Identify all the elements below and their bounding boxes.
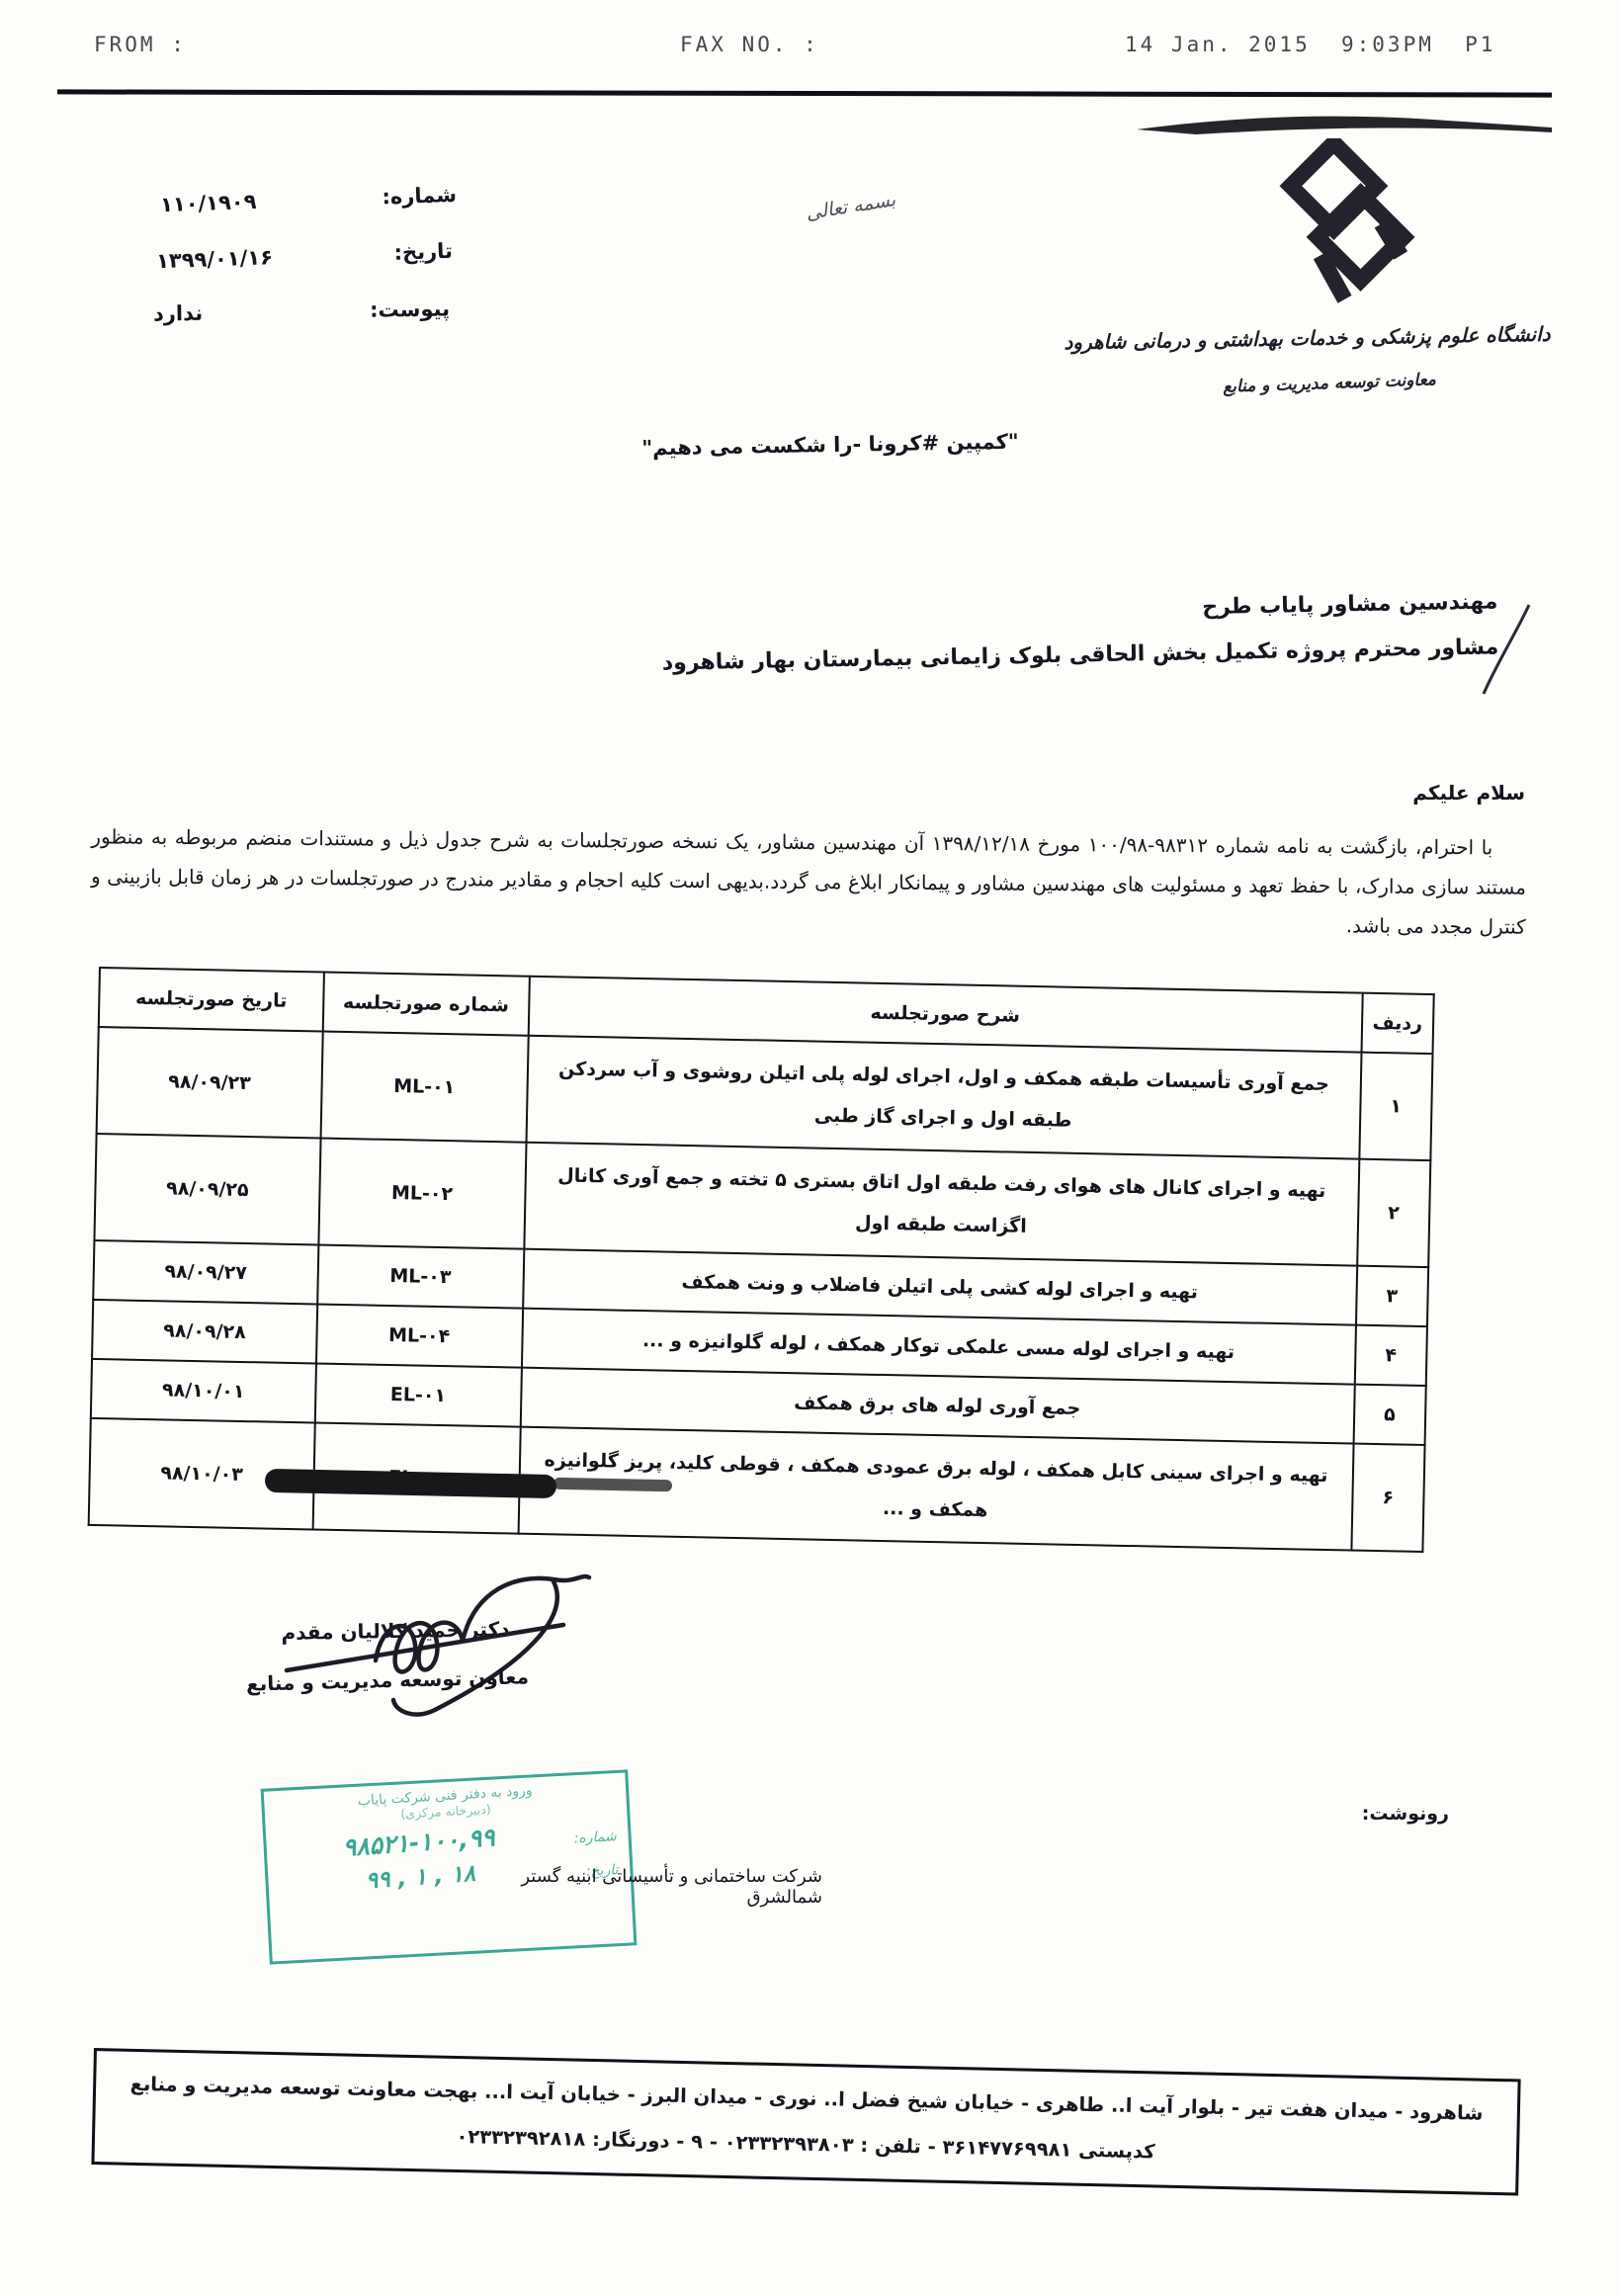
col-header-minute-date: تاریخ صورتجلسه — [99, 968, 324, 1032]
minute-number-cell: EL-۰۱ — [315, 1363, 522, 1426]
minute-date-cell: ۹۸/۱۰/۰۱ — [91, 1359, 316, 1423]
fax-document-page: FROM : FAX NO. : 14 Jan. 2015 9:03PM P1 … — [0, 0, 1619, 2296]
minute-date-cell: ۹۸/۰۹/۲۵ — [94, 1134, 320, 1245]
col-header-row-number: ردیف — [1361, 993, 1434, 1054]
university-name: دانشگاه علوم پزشکی و خدمات بهداشتی و درم… — [1023, 321, 1591, 355]
deputy-name: معاونت توسعه مدیریت و منابع — [1166, 368, 1492, 399]
header-divider-line — [57, 89, 1552, 97]
row-number-cell: ۴ — [1354, 1325, 1427, 1386]
bismillah-calligraphy: بسمه تعالی — [805, 189, 897, 224]
minute-number-cell: ML-۰۲ — [318, 1139, 526, 1249]
minute-number-cell: ML-۰۳ — [317, 1245, 524, 1309]
minute-date-cell: ۹۸/۰۹/۲۷ — [93, 1240, 318, 1305]
row-number-cell: ۳ — [1356, 1266, 1429, 1326]
letter-number-value: ۱۱۰/۱۹۰۹ — [160, 190, 257, 216]
stamp-number-label: شماره: — [558, 1828, 617, 1847]
footer-address-box: شاهرود - میدان هفت تیر - بلوار آیت ا.. ط… — [91, 2048, 1520, 2195]
attachment-line: پیوست: ندارد — [153, 297, 450, 325]
scan-smudge-artifact-small — [554, 1478, 672, 1492]
fax-datetime: 14 Jan. 2015 9:03PM P1 — [1125, 33, 1495, 56]
signature-scribble — [227, 1562, 593, 1720]
row-number-cell: ۵ — [1353, 1385, 1426, 1445]
recipient-block: مهندسین مشاور پایاب طرح مشاور محترم پروژ… — [94, 579, 1499, 697]
letter-date-value: ۱۳۹۹/۰۱/۱۶ — [156, 245, 274, 273]
col-header-minute-number: شماره صورتجلسه — [322, 973, 529, 1036]
minutes-table: ردیف شرح صورتجلسه شماره صورتجلسه تاریخ ص… — [88, 967, 1435, 1553]
attachment-label: پیوست: — [370, 297, 450, 321]
minute-number-cell: ML-۰۱ — [320, 1032, 528, 1143]
fax-from-label: FROM : — [94, 33, 187, 56]
university-logo-icon — [1273, 138, 1421, 321]
attachment-value: ندارد — [153, 301, 204, 326]
letter-date-label: تاریخ: — [393, 239, 453, 265]
letter-number-line: شماره: ۱۱۰/۱۹۰۹ — [160, 183, 458, 216]
minute-number-cell: ML-۰۴ — [316, 1305, 523, 1368]
scan-streak-artifact — [1137, 114, 1552, 139]
row-number-cell: ۶ — [1351, 1444, 1425, 1552]
minute-date-cell: ۹۸/۰۹/۲۸ — [92, 1300, 317, 1364]
description-cell: تهیه و اجرای کانال های هوای رفت طبقه اول… — [524, 1143, 1359, 1266]
fax-number-label: FAX NO. : — [680, 33, 819, 56]
body-paragraph: با احترام، بازگشت به نامه شماره ۹۸۳۱۲-۱۰… — [91, 816, 1527, 946]
greeting: سلام علیکم — [1412, 781, 1525, 805]
row-number-cell: ۲ — [1357, 1159, 1431, 1267]
cc-company: شرکت ساختمانی و تأسیساتی ابنیه گستر شمال… — [447, 1866, 822, 1908]
letter-number-label: شماره: — [382, 183, 457, 210]
corona-campaign-slogan: "کمپین #کرونا -را شکست می دهیم" — [573, 428, 1087, 461]
row-number-cell: ۱ — [1359, 1053, 1433, 1160]
description-cell: جمع آوری تأسیسات طبقه همکف و اول، اجرای … — [526, 1036, 1361, 1159]
minutes-table-wrapper: ردیف شرح صورتجلسه شماره صورتجلسه تاریخ ص… — [99, 967, 1435, 1526]
minute-date-cell: ۹۸/۰۹/۲۳ — [97, 1027, 323, 1139]
letter-date-line: تاریخ: ۱۳۹۹/۰۱/۱۶ — [156, 239, 454, 273]
cc-label: رونوشت: — [1362, 1803, 1449, 1825]
